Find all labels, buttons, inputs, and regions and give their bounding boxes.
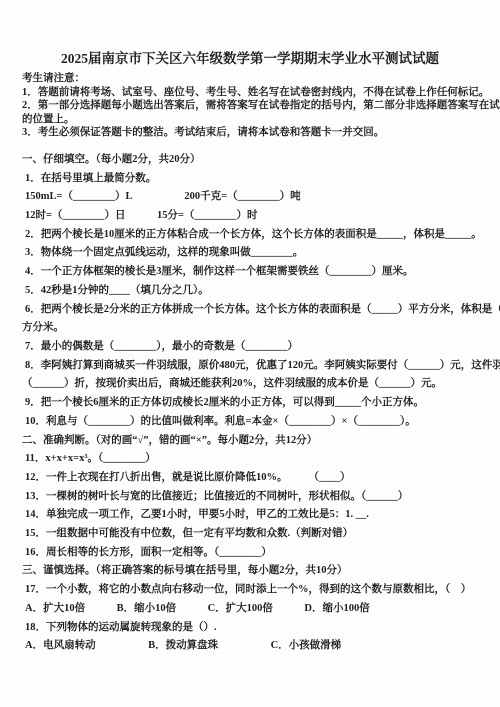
question-15: 15．一组数据中可能没有中位数，但一定有平均数和众数.（判断对错）: [22, 525, 478, 544]
page-title: 2025届南京市下关区六年级数学第一学期期末学业水平测试试题: [22, 0, 478, 67]
question-12: 12．一件上衣现在打八折出售，就是说比原价降低10%。 （____）: [22, 469, 478, 488]
question-3: 3．物体绕一个固定点弧线运动，这样的现象叫做________。: [22, 244, 478, 263]
notice-line-1: 1．答题前请将考场、试室号、座位号、考生号、姓名写在试卷密封线内，不得在试卷上作…: [22, 86, 478, 100]
question-11: 11．x+x+x=x³。（________）: [22, 450, 478, 469]
notice-header: 考生请注意：: [22, 72, 478, 86]
question-18-options: A．电风扇转动 B．拨动算盘珠 C．小孩做滑梯: [22, 637, 478, 656]
question-17-options: A．扩大10倍 B．缩小10倍 C．扩大100倍 D．缩小100倍: [22, 600, 478, 619]
section-3-heading: 三、谨慎选择。（将正确答案的标号填在括号里，每小题2分，共10分）: [22, 562, 478, 581]
notice-line-2: 2．第一部分选择题每小题选出答案后，需将答案写在试卷指定的括号内，第二部分非选择…: [22, 99, 478, 113]
questions-block: 一、仔细填空。（每小题2分，共20分） 1．在括号里填上最简分数。 150mL=…: [22, 151, 478, 656]
question-9: 9．把一个棱长6厘米的正方体切成棱长2厘米的小正方体，可以得到_____个小正方…: [22, 394, 478, 413]
section-1-heading: 一、仔细填空。（每小题2分，共20分）: [22, 151, 478, 170]
question-18: 18．下列物体的运动属旋转现象的是（）.: [22, 619, 478, 638]
question-6-line-1: 6．把两个棱长是2分米的正方体拼成一个长方体。这个长方体的表面积是（_____）…: [22, 301, 478, 320]
question-6-line-2: 方分米。: [22, 319, 478, 338]
question-8-line-2: （______）折，按现价卖出后，商城还能获利20%，这件羽绒服的成本价是（__…: [22, 375, 478, 394]
notice-line-3: 3．考生必须保证答题卡的整洁。考试结束后，请将本试卷和答题卡一并交回。: [22, 126, 478, 140]
question-4: 4．一个正方体框架的棱长是3厘米，制作这样一个框架需要铁丝（________）厘…: [22, 263, 478, 282]
question-10: 10．利息与（________）的比值叫做利率。利息=本金×（________）…: [22, 413, 478, 432]
exam-paper-page: 2025届南京市下关区六年级数学第一学期期末学业水平测试试题 考生请注意： 1．…: [0, 0, 500, 707]
question-14: 14．单独完成一项工作，乙要1小时，甲要5小时，甲乙的工效比是5：1. __.: [22, 506, 478, 525]
question-1-stem: 1．在括号里填上最简分数。: [22, 170, 478, 189]
question-2: 2．把两个棱长是10厘米的正方体粘合成一个长方体，这个长方体的表面积是_____…: [22, 226, 478, 245]
question-17: 17．一个小数，将它的小数点向右移动一位，同时添上一个%，得到的这个数与原数相比…: [22, 581, 478, 600]
section-2-heading: 二、准确判断。（对的画“√”，错的画“×”。每小题2分，共12分）: [22, 432, 478, 451]
exam-paper-content: 2025届南京市下关区六年级数学第一学期期末学业水平测试试题 考生请注意： 1．…: [0, 0, 500, 656]
question-16: 16．周长相等的长方形，面积一定相等。（________）: [22, 544, 478, 563]
question-1-row-2: 12时=（________）日 15分=（________）时: [22, 207, 478, 226]
question-13: 13．一棵树的树叶长与宽的比值接近；比值接近的不同树叶，形状相似。（______…: [22, 488, 478, 507]
question-7: 7．最小的偶数是（________），最小的奇数是（________）: [22, 338, 478, 357]
notice-block: 考生请注意： 1．答题前请将考场、试室号、座位号、考生号、姓名写在试卷密封线内，…: [22, 72, 478, 140]
question-1-row-1: 150mL=（________）L 200千克=（________）吨: [22, 188, 478, 207]
question-8-line-1: 8．李阿姨打算到商城买一件羽绒服，原价480元，优惠了120元。李阿姨实际要付（…: [22, 357, 478, 376]
question-5: 5．42秒是1分钟的____（填几分之几）。: [22, 282, 478, 301]
notice-line-2-cont: 的位置上。: [22, 113, 478, 127]
